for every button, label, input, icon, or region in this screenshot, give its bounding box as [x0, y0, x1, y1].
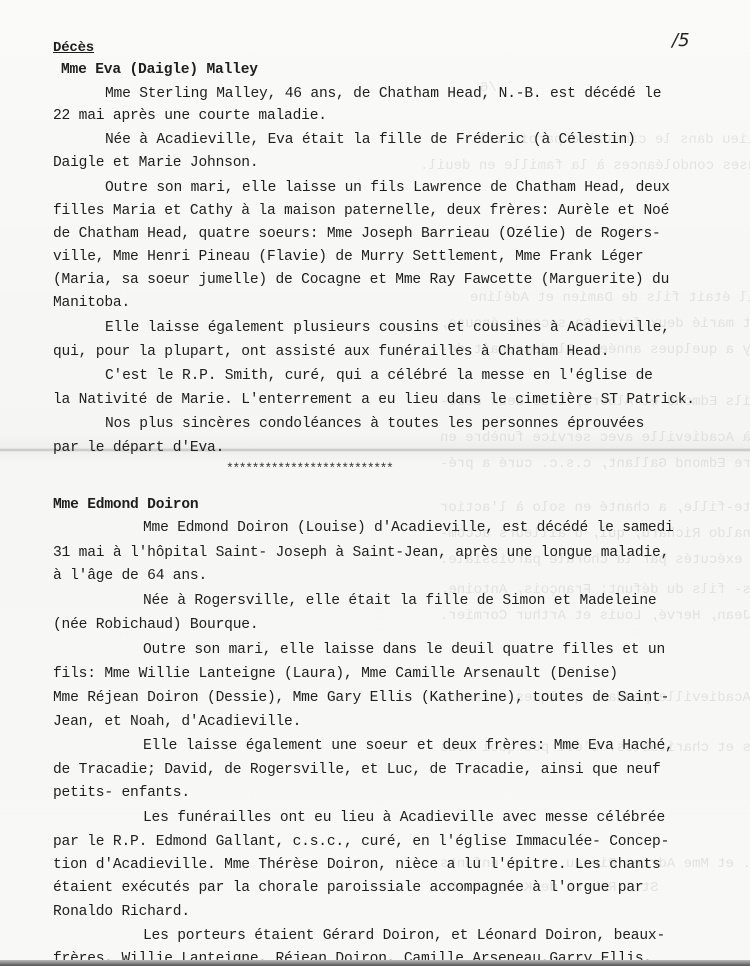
obituary-line: tion d'Acadieville. Mme Thérèse Doiron, … [53, 857, 661, 873]
page-number: /5 [672, 30, 690, 51]
obituary-line: par le départ d'Eva. [53, 440, 224, 456]
obituary-heading: Mme Edmond Doiron [53, 497, 198, 513]
obituary-heading: Mme Eva (Daigle) Malley [61, 62, 258, 78]
obituary-line: filles Maria et Cathy à la maison patern… [53, 203, 669, 219]
obituary-line: Nos plus sincères condoléances à toutes … [105, 416, 644, 432]
section-title: Décès [53, 40, 94, 56]
obituary-line: à l'âge de 64 ans. [53, 568, 207, 584]
obituary-line: petits- enfants. [53, 785, 190, 801]
obituary-line: Jean, et Noah, d'Acadieville. [53, 714, 301, 730]
obituary-line: Elle laisse également une soeur et deux … [143, 738, 674, 754]
obituary-line: C'est le R.P. Smith, curé, qui a célébré… [105, 368, 653, 384]
obituary-line: Née à Rogersville, elle était la fille d… [143, 593, 656, 609]
obituary-line: Née à Acadieville, Eva était la fille de… [105, 132, 636, 148]
page-bottom-edge [0, 960, 750, 966]
obituary-line: 22 mai après une courte maladie. [53, 108, 327, 124]
obituary-line: par le R.P. Edmond Gallant, c.s.c., curé… [53, 834, 669, 850]
scanned-page: /6 les funérailles ont eu lieu dans le c… [0, 0, 750, 966]
obituary-line: Ronaldo Richard. [53, 904, 190, 920]
obituary-line: (Maria, sa soeur jumelle) de Cocagne et … [53, 272, 669, 288]
obituary-line: Les funérailles ont eu lieu à Acadievill… [143, 810, 665, 826]
obituary-line: Elle laisse également plusieurs cousins … [105, 320, 670, 336]
obituary-line: ville, Mme Henri Pineau (Flavie) de Murr… [53, 249, 643, 265]
obituary-line: la Nativité de Marie. L'enterrement a eu… [53, 392, 695, 408]
obituary-line: (née Robichaud) Bourque. [53, 617, 258, 633]
separator-asterisks: ************************** [226, 461, 392, 476]
obituary-line: Outre son mari, elle laisse dans le deui… [143, 642, 665, 658]
obituary-line: de Chatham Head, quatre soeurs: Mme Jose… [53, 226, 661, 242]
obituary-line: Outre son mari, elle laisse un fils Lawr… [105, 180, 670, 196]
obituary-line: de Tracadie; David, de Rogersville, et L… [53, 762, 661, 778]
obituary-line: Mme Réjean Doiron (Dessie), Mme Gary Ell… [53, 690, 669, 706]
obituary-line: qui, pour la plupart, ont assisté aux fu… [53, 344, 609, 360]
obituary-line: Les porteurs étaient Gérard Doiron, et L… [143, 928, 665, 944]
obituary-line: Mme Edmond Doiron (Louise) d'Acadieville… [143, 520, 674, 536]
obituary-line: 31 mai à l'hôpital Saint- Joseph à Saint… [53, 545, 669, 561]
obituary-line: Daigle et Marie Johnson. [53, 155, 258, 171]
obituary-line: étaient exécutés par la chorale paroissi… [53, 880, 643, 896]
obituary-line: Manitoba. [53, 295, 130, 311]
obituary-line: Mme Sterling Malley, 46 ans, de Chatham … [105, 86, 661, 102]
obituary-line: fils: Mme Willie Lanteigne (Laura), Mme … [53, 666, 618, 682]
